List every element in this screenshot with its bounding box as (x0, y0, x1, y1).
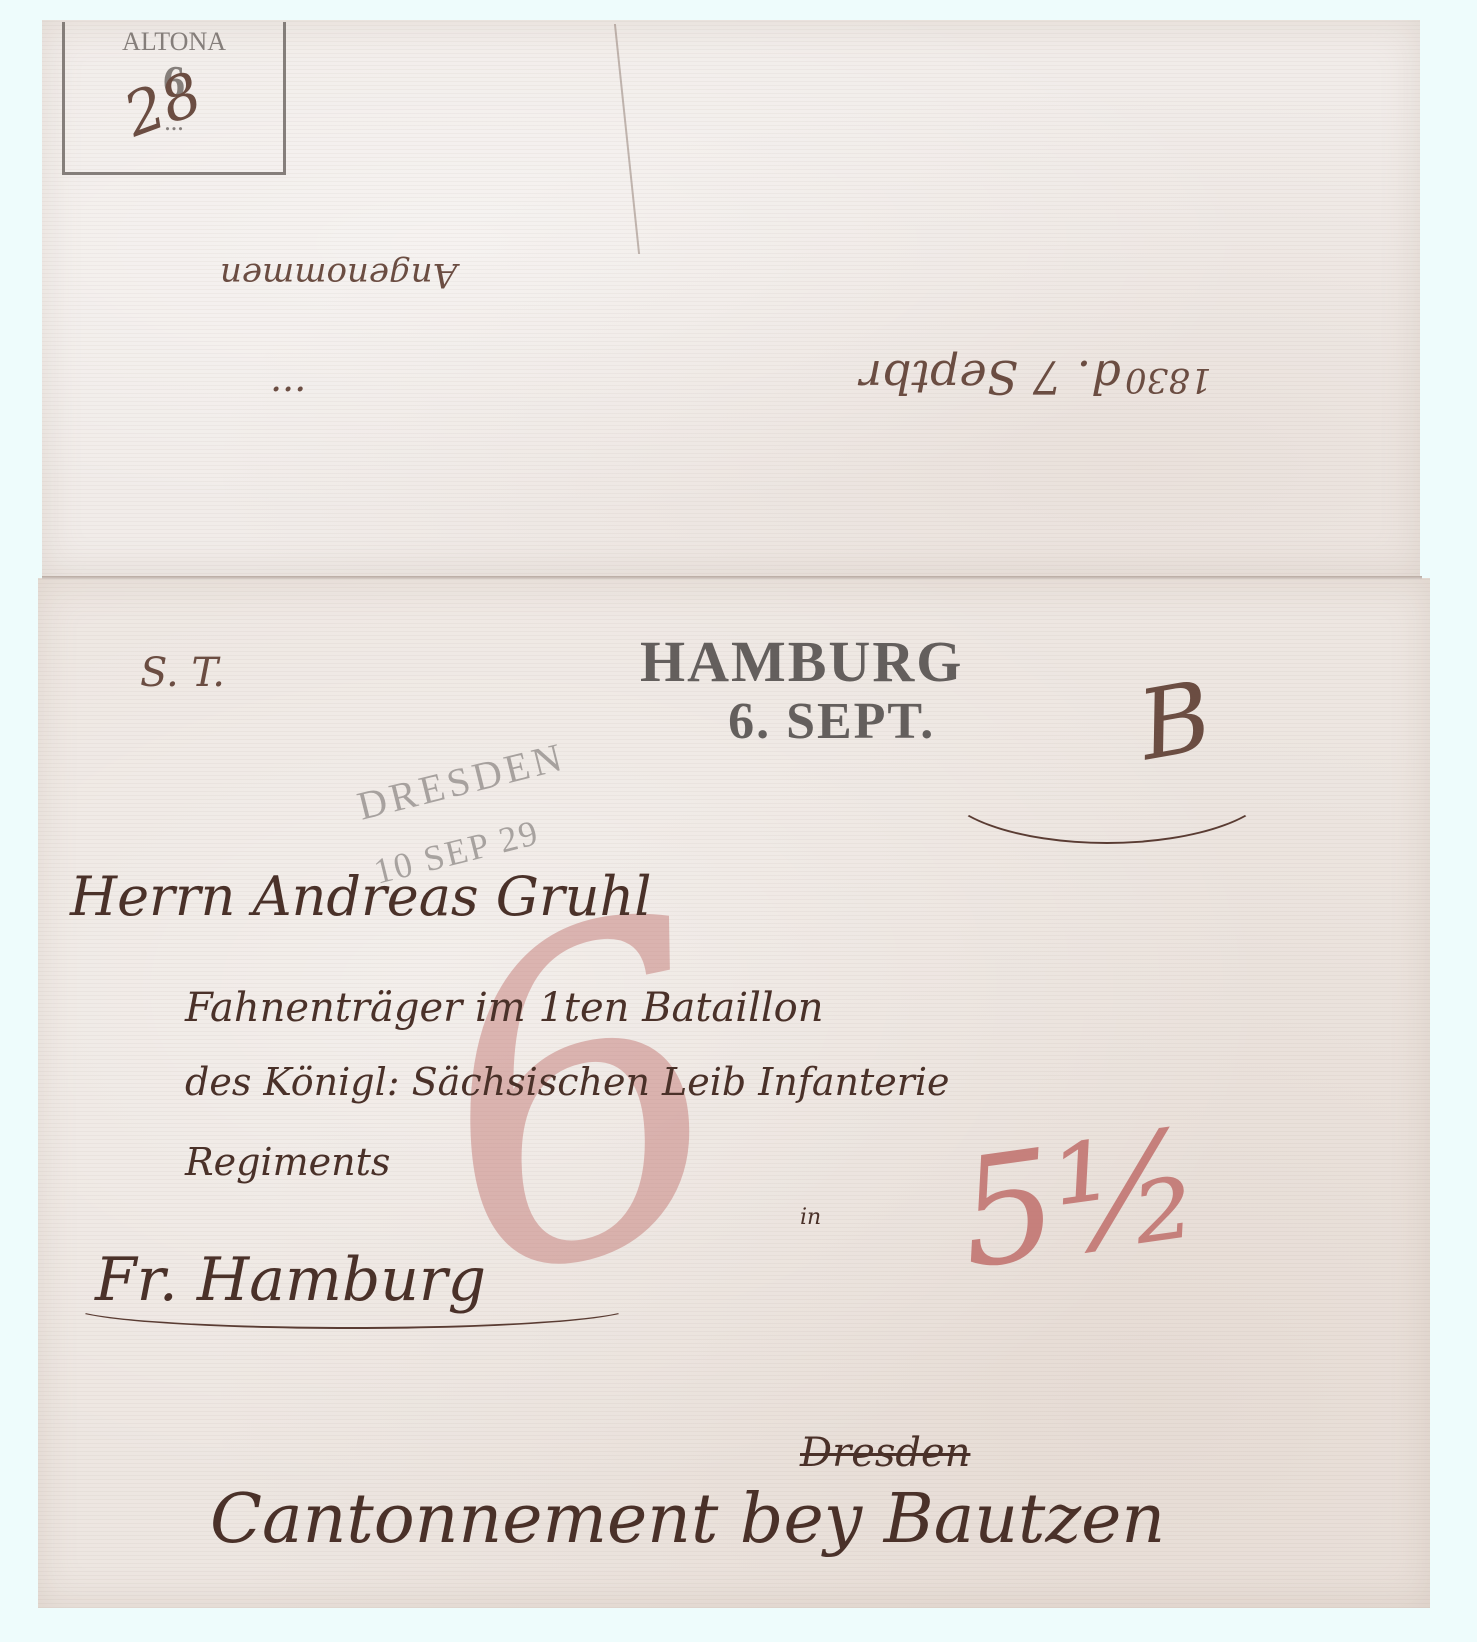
red-crayon-rate: 5½ (950, 1104, 1211, 1296)
docket-line4: 1830 (1125, 360, 1212, 400)
address-line-recipient: Herrn Andreas Gruhl (70, 865, 652, 928)
flourish (940, 720, 1274, 844)
docket-line2: ... (270, 378, 306, 422)
docket-line3: d. 7 Septbr (860, 350, 1121, 404)
docket-line1: Angenommen (220, 255, 457, 295)
address-in: in (800, 1205, 821, 1230)
fold-line (42, 576, 1422, 579)
underline-flourish (70, 1285, 634, 1329)
salutation: S. T. (140, 650, 225, 696)
address-line-regiment: Regiments (185, 1140, 390, 1184)
struck-destination: Dresden (800, 1430, 970, 1476)
boxed-postmark-line1: ALTONA (65, 22, 283, 62)
hamburg-postmark-city: HAMBURG (640, 632, 963, 692)
address-line-rank: Fahnenträger im 1ten Bataillon (185, 985, 824, 1031)
address-line-unit: des Königl: Sächsischen Leib Infanterie (185, 1060, 950, 1104)
address-line-destination: Cantonnement bey Bautzen (210, 1480, 1165, 1559)
